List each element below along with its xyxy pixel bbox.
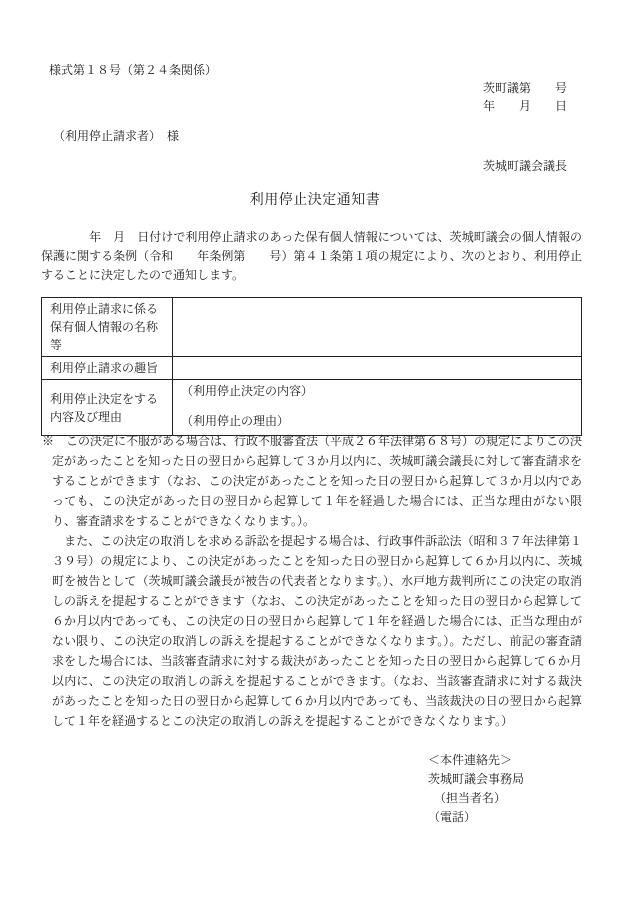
form-table: 利用停止請求に係る保有個人情報の名称等 利用停止請求の趣旨 利用停止決定をする内… [41, 297, 582, 436]
stop-reason-caption: （利用停止の理由） [181, 412, 573, 430]
row-label-personal-info-name: 利用停止請求に係る保有個人情報の名称等 [42, 298, 173, 357]
row-value-personal-info-name [173, 298, 582, 357]
note-paragraph-appeal: ※ この決定に不服がある場合は、行政不服審査法（平成２６年法律第６８号）の規定に… [42, 431, 582, 531]
contact-person: （担当者名） [428, 789, 524, 808]
table-row-request-purpose: 利用停止請求の趣旨 [42, 357, 582, 380]
document-title: 利用停止決定通知書 [0, 192, 630, 210]
document-number-line: 茨町議第 号 [483, 79, 567, 97]
table-row-personal-info-name: 利用停止請求に係る保有個人情報の名称等 [42, 298, 582, 357]
table-row-decision-content-reason: 利用停止決定をする内容及び理由 （利用停止決定の内容） （利用停止の理由） [42, 380, 582, 436]
date-line: 年 月 日 [483, 97, 567, 115]
contact-phone: （電話） [428, 808, 524, 827]
sender-line: 茨城町議会議長 [483, 158, 567, 174]
form-number: 様式第１８号（第２４条関係） [49, 62, 217, 78]
body-paragraph: 年 月 日付けで利用停止請求のあった保有個人情報については、茨城町議会の個人情報… [41, 228, 582, 285]
note-paragraph-lawsuit: また、この決定の取消しを求める訴訟を提起する場合は、行政事件訴訟法（昭和３７年法… [42, 531, 582, 731]
addressee-line: （利用停止請求者） 様 [53, 128, 179, 144]
contact-block: ＜本件連絡先＞ 茨城町議会事務局 （担当者名） （電話） [428, 751, 524, 827]
contact-office: 茨城町議会事務局 [428, 770, 524, 789]
row-label-request-purpose: 利用停止請求の趣旨 [42, 357, 173, 380]
decision-content-caption: （利用停止決定の内容） [181, 382, 573, 400]
legal-note-block: ※ この決定に不服がある場合は、行政不服審査法（平成２６年法律第６８号）の規定に… [42, 431, 582, 731]
document-number-block: 茨町議第 号 年 月 日 [483, 79, 567, 115]
contact-header: ＜本件連絡先＞ [428, 751, 524, 770]
row-value-request-purpose [173, 357, 582, 380]
row-label-decision-content-reason: 利用停止決定をする内容及び理由 [42, 380, 173, 436]
row-value-decision-content-reason: （利用停止決定の内容） （利用停止の理由） [173, 380, 582, 436]
document-page: 様式第１８号（第２４条関係） 茨町議第 号 年 月 日 （利用停止請求者） 様 … [0, 0, 630, 903]
